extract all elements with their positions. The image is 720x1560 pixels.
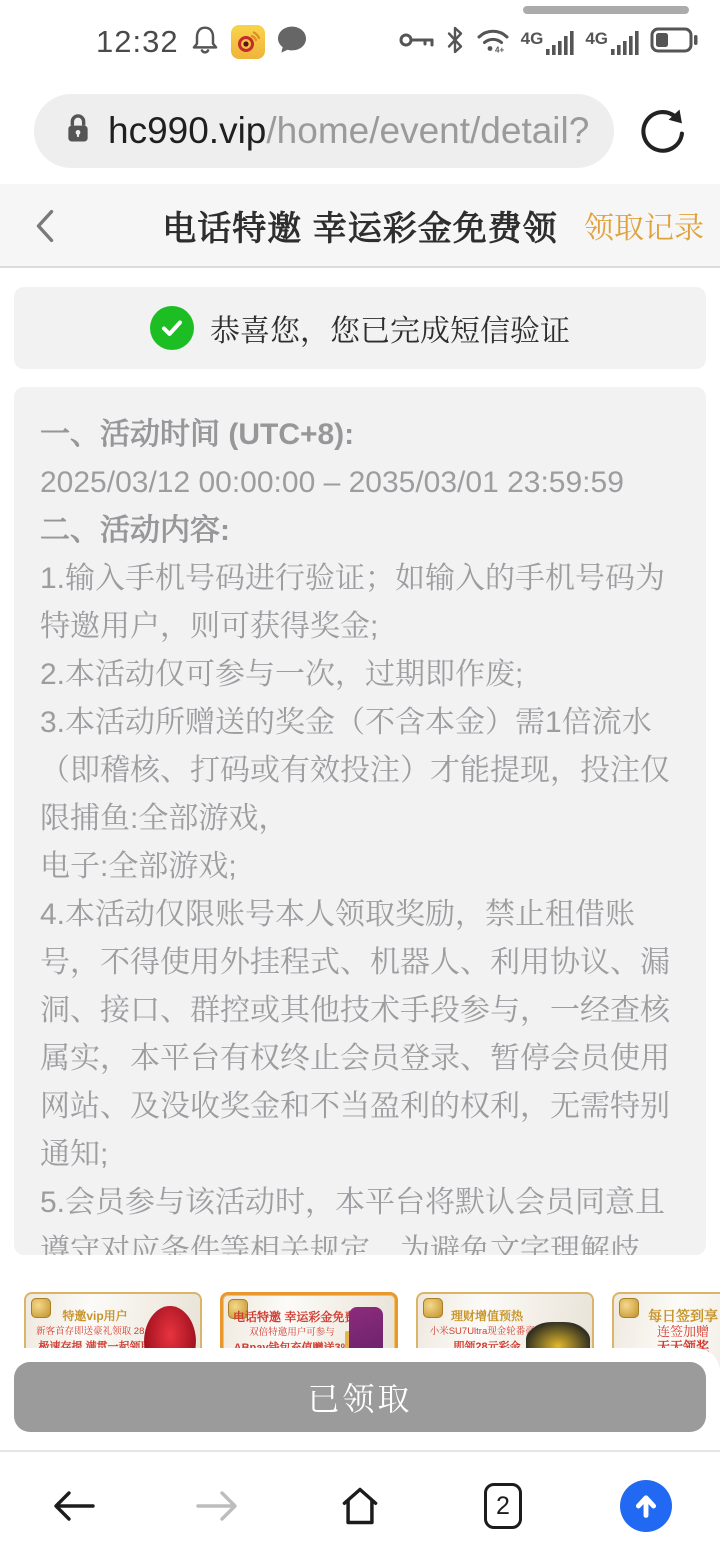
svg-text:4+: 4+ <box>495 45 504 54</box>
nav-back-button[interactable] <box>48 1480 100 1532</box>
status-bar-right: 4+ 4G 4G <box>399 18 698 66</box>
browser-nav-bar: 2 <box>0 1450 720 1560</box>
banner-line: 理财增值预热 <box>428 1308 546 1325</box>
sms-verified-banner: 恭喜您，您已完成短信验证 <box>14 287 706 369</box>
vpn-key-icon <box>399 28 435 57</box>
lock-icon <box>64 112 92 151</box>
screen-notch-bar <box>523 6 689 14</box>
rule-item: 3.本活动所赠送的奖金（不含本金）需1倍流水（即稽核、打码或有效投注）才能提现，… <box>40 699 680 843</box>
up-arrow-icon <box>620 1480 672 1532</box>
phone-screen: 12:32 <box>0 0 720 1560</box>
wifi-icon: 4+ <box>475 25 511 60</box>
banner-line: 新客首存即送豪礼领取 28元 <box>36 1325 154 1339</box>
url-path: /home/event/detail? <box>266 110 589 151</box>
nav-forward-button <box>191 1480 243 1532</box>
cellular-signal-2-icon: 4G <box>585 27 640 57</box>
cellular-signal-1-icon: 4G <box>521 27 576 57</box>
rules-time-range: 2025/03/12 00:00:00 – 2035/03/01 23:59:5… <box>40 459 680 507</box>
rule-item: 4.本活动仅限账号本人领取奖励，禁止租借账号，不得使用外挂程式、机器人、利用协议… <box>40 891 680 1179</box>
banner-line: 电话特邀 幸运彩金免费领取 <box>233 1309 351 1326</box>
success-check-icon <box>150 306 194 350</box>
banner-line: 双倍特邀用户可参与 <box>233 1326 351 1340</box>
rule-item: 5.会员参与该活动时，本平台将默认会员同意且遵守对应条件等相关规定，为避免文字理… <box>40 1179 680 1255</box>
bluetooth-icon <box>445 25 465 60</box>
url-text: hc990.vip/home/event/detail? <box>108 110 589 152</box>
nav-home-button[interactable] <box>334 1480 386 1532</box>
rule-item: 电子:全部游戏; <box>40 843 680 891</box>
claimed-button[interactable]: 已领取 <box>14 1362 706 1432</box>
claim-history-link[interactable]: 领取记录 <box>584 203 704 247</box>
claim-sheet: 已领取 <box>0 1348 720 1450</box>
browser-url-row: hc990.vip/home/event/detail? <box>0 88 720 176</box>
rules-section1-title: 一、活动时间 (UTC+8): <box>40 411 680 459</box>
rule-item: 2.本活动仅可参与一次，过期即作废; <box>40 651 680 699</box>
refresh-button[interactable] <box>630 98 694 162</box>
tab-count: 2 <box>496 1492 510 1521</box>
banner-line: 特邀vip用户 <box>36 1308 154 1325</box>
tab-counter-icon: 2 <box>484 1483 522 1529</box>
status-bar: 12:32 <box>0 0 720 84</box>
notification-bell-icon <box>190 24 220 61</box>
banner-line: 连签加赠 <box>624 1325 720 1339</box>
status-bar-left: 12:32 <box>96 18 308 66</box>
success-message: 恭喜您，您已完成短信验证 <box>210 306 570 350</box>
rules-section2-title: 二、活动内容: <box>40 507 680 555</box>
url-host: hc990.vip <box>108 110 266 151</box>
nav-tabs-button[interactable]: 2 <box>477 1480 529 1532</box>
page-header: 电话特邀 幸运彩金免费领 领取记录 <box>0 184 720 268</box>
event-rules-card: 一、活动时间 (UTC+8): 2025/03/12 00:00:00 – 20… <box>14 387 706 1255</box>
message-bubble-icon <box>276 25 308 60</box>
rule-item: 1.输入手机号码进行验证；如输入的手机号码为特邀用户，则可获得奖金; <box>40 555 680 651</box>
url-bar[interactable]: hc990.vip/home/event/detail? <box>34 94 614 168</box>
banner-line: 每日签到享 <box>624 1308 720 1325</box>
battery-icon <box>650 26 698 59</box>
clock: 12:32 <box>96 24 179 60</box>
weibo-app-icon <box>231 25 265 59</box>
nav-scroll-top-button[interactable] <box>620 1480 672 1532</box>
